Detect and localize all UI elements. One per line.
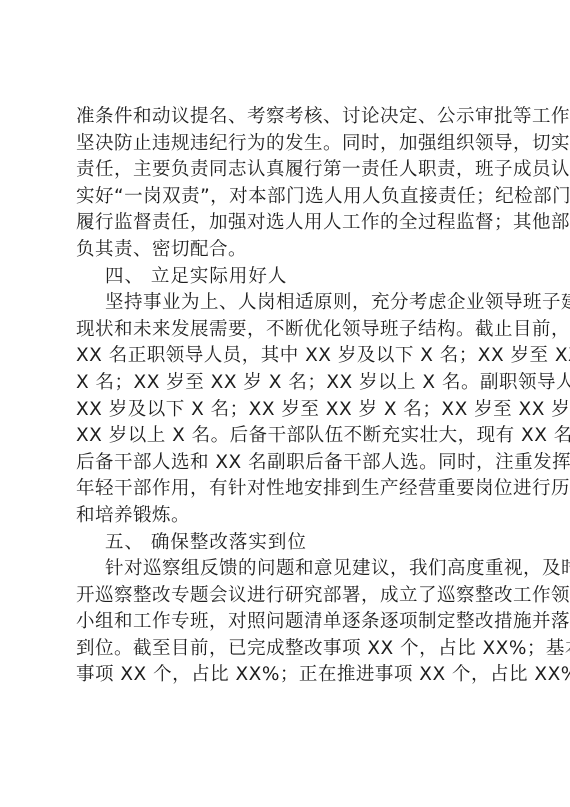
text-line: XX 名正职领导人员，其中 XX 岁及以下 X 名；XX 岁至 XX 岁 bbox=[76, 343, 496, 370]
text-line: 坚决防止违规违纪行为的发生。同时，加强组织领导，切实履行 bbox=[76, 131, 496, 158]
text-line: X 名；XX 岁至 XX 岁 X 名；XX 岁以上 X 名。副职领导人员中 bbox=[76, 370, 496, 397]
document-body: 准条件和动议提名、考察考核、讨论决定、公示审批等工作程序， 坚决防止违规违纪行为… bbox=[76, 104, 496, 689]
text-line: 到位。截至目前，已完成整改事项 XX 个，占比 XX%；基本完成 bbox=[76, 636, 496, 663]
text-line: 履行监督责任，加强对选人用人工作的全过程监督；其他部门各 bbox=[76, 210, 496, 237]
section-heading-5: 五、 确保整改落实到位 bbox=[76, 530, 496, 557]
text-line: 针对巡察组反馈的问题和意见建议，我们高度重视，及时召 bbox=[76, 556, 496, 583]
text-line: 后备干部人选和 XX 名副职后备干部人选。同时，注重发挥优秀 bbox=[76, 450, 496, 477]
text-line: 事项 XX 个，占比 XX%；正在推进事项 XX 个，占比 XX%。剩 bbox=[76, 662, 496, 689]
text-line: 和培养锻炼。 bbox=[76, 503, 496, 530]
text-line: XX 岁及以下 X 名；XX 岁至 XX 岁 X 名；XX 岁至 XX 岁 X … bbox=[76, 397, 496, 424]
document-page: 准条件和动议提名、考察考核、讨论决定、公示审批等工作程序， 坚决防止违规违纪行为… bbox=[0, 0, 570, 807]
text-line: 负其责、密切配合。 bbox=[76, 237, 496, 264]
paragraph-selection-procedure: 准条件和动议提名、考察考核、讨论决定、公示审批等工作程序， 坚决防止违规违纪行为… bbox=[76, 104, 496, 264]
heading-text: 五、 确保整改落实到位 bbox=[76, 530, 496, 557]
heading-text: 四、 立足实际用好人 bbox=[76, 264, 496, 291]
paragraph-rectification: 针对巡察组反馈的问题和意见建议，我们高度重视，及时召 开巡察整改专题会议进行研究… bbox=[76, 556, 496, 689]
text-line: 开巡察整改专题会议进行研究部署，成立了巡察整改工作领导 bbox=[76, 583, 496, 610]
text-line: 实好“一岗双责”，对本部门选人用人负直接责任；纪检部门认真 bbox=[76, 184, 496, 211]
paragraph-cadre-structure: 坚持事业为上、人岗相适原则，充分考虑企业领导班子建设 现状和未来发展需要，不断优… bbox=[76, 290, 496, 529]
text-line: 年轻干部作用，有针对性地安排到生产经营重要岗位进行历练 bbox=[76, 476, 496, 503]
text-line: 准条件和动议提名、考察考核、讨论决定、公示审批等工作程序， bbox=[76, 104, 496, 131]
text-line: 坚持事业为上、人岗相适原则，充分考虑企业领导班子建设 bbox=[76, 290, 496, 317]
text-line: XX 岁以上 X 名。后备干部队伍不断充实壮大，现有 XX 名正职 bbox=[76, 423, 496, 450]
section-heading-4: 四、 立足实际用好人 bbox=[76, 264, 496, 291]
text-line: 责任，主要负责同志认真履行第一责任人职责，班子成员认真落 bbox=[76, 157, 496, 184]
text-line: 小组和工作专班，对照问题清单逐条逐项制定整改措施并落实 bbox=[76, 609, 496, 636]
text-line: 现状和未来发展需要，不断优化领导班子结构。截止目前，共有 bbox=[76, 317, 496, 344]
